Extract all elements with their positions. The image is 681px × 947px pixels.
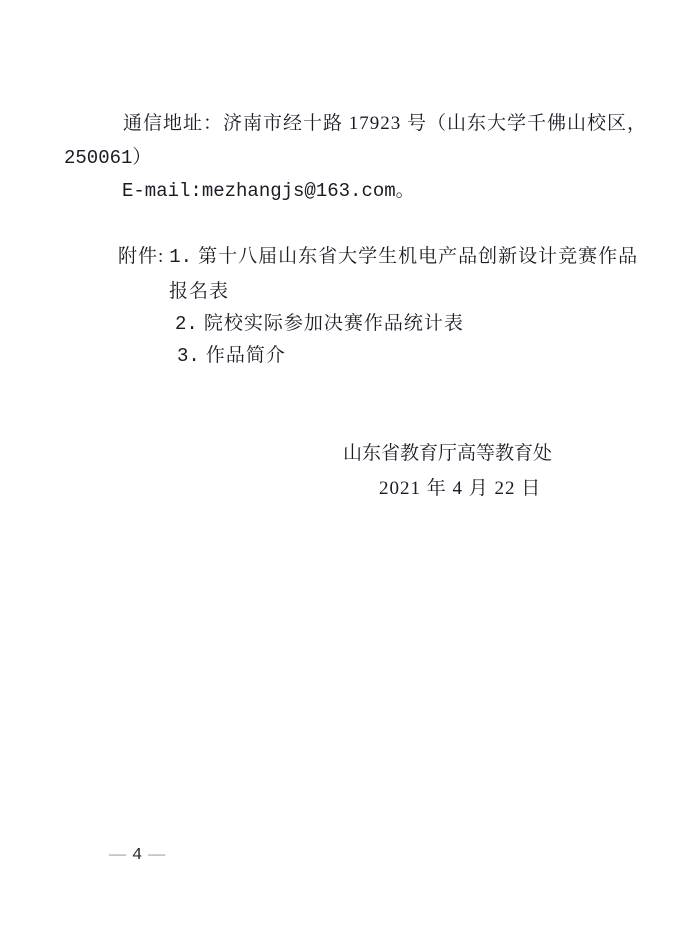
attachment-1-number: 1.: [169, 246, 192, 268]
footer-page-number: 4: [132, 846, 142, 865]
attachment-1-title-line-1: 第十八届山东省大学生机电产品创新设计竞赛作品: [198, 246, 638, 267]
attachment-3-title: 作品简介: [206, 345, 286, 366]
footer-dash-right: —: [148, 844, 165, 863]
signature-date: 2021 年 4 月 22 日: [379, 477, 541, 501]
signature-department: 山东省教育厅高等教育处: [343, 442, 552, 466]
email-line: E-mail:mezhangjs@163.com。: [122, 179, 415, 203]
attachment-2-title: 院校实际参加决赛作品统计表: [204, 313, 464, 334]
document-page: 通信地址：济南市经十路 17923 号（山东大学千佛山校区， 250061） E…: [0, 0, 681, 947]
address-line-2-postal-code: 250061）: [64, 146, 151, 170]
attachment-1-title-line-2: 报名表: [169, 280, 229, 304]
address-line-1: 通信地址：济南市经十路 17923 号（山东大学千佛山校区，: [123, 112, 647, 136]
attachment-2-number: 2.: [175, 313, 198, 335]
attachment-3-line: 3.作品简介: [177, 344, 286, 368]
attachments-label: 附件:: [118, 246, 164, 267]
attachments-heading-line: 附件:1.第十八届山东省大学生机电产品创新设计竞赛作品: [118, 245, 638, 269]
page-number-footer: —4—: [103, 842, 171, 868]
attachment-3-number: 3.: [177, 345, 200, 367]
footer-dash-left: —: [109, 844, 126, 863]
attachment-2-line: 2.院校实际参加决赛作品统计表: [175, 312, 464, 336]
